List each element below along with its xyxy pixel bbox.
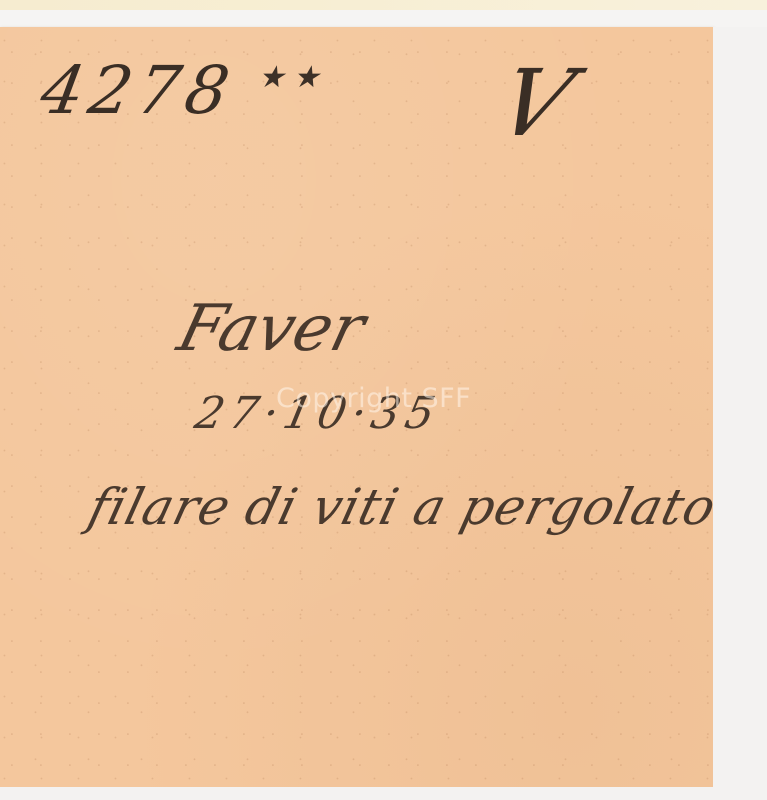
place-name: Faver <box>171 292 372 366</box>
mount-gap <box>0 10 767 28</box>
star-marks-icon: ★★ <box>258 60 328 95</box>
date-text: 27·10·35 <box>191 388 446 439</box>
description-text: filare di viti a pergolato <box>83 478 723 536</box>
catalog-number: 4278 <box>35 52 241 129</box>
mount-right-margin <box>713 27 767 800</box>
mount-bottom-margin <box>0 787 767 800</box>
mount-top-strip <box>0 0 767 10</box>
